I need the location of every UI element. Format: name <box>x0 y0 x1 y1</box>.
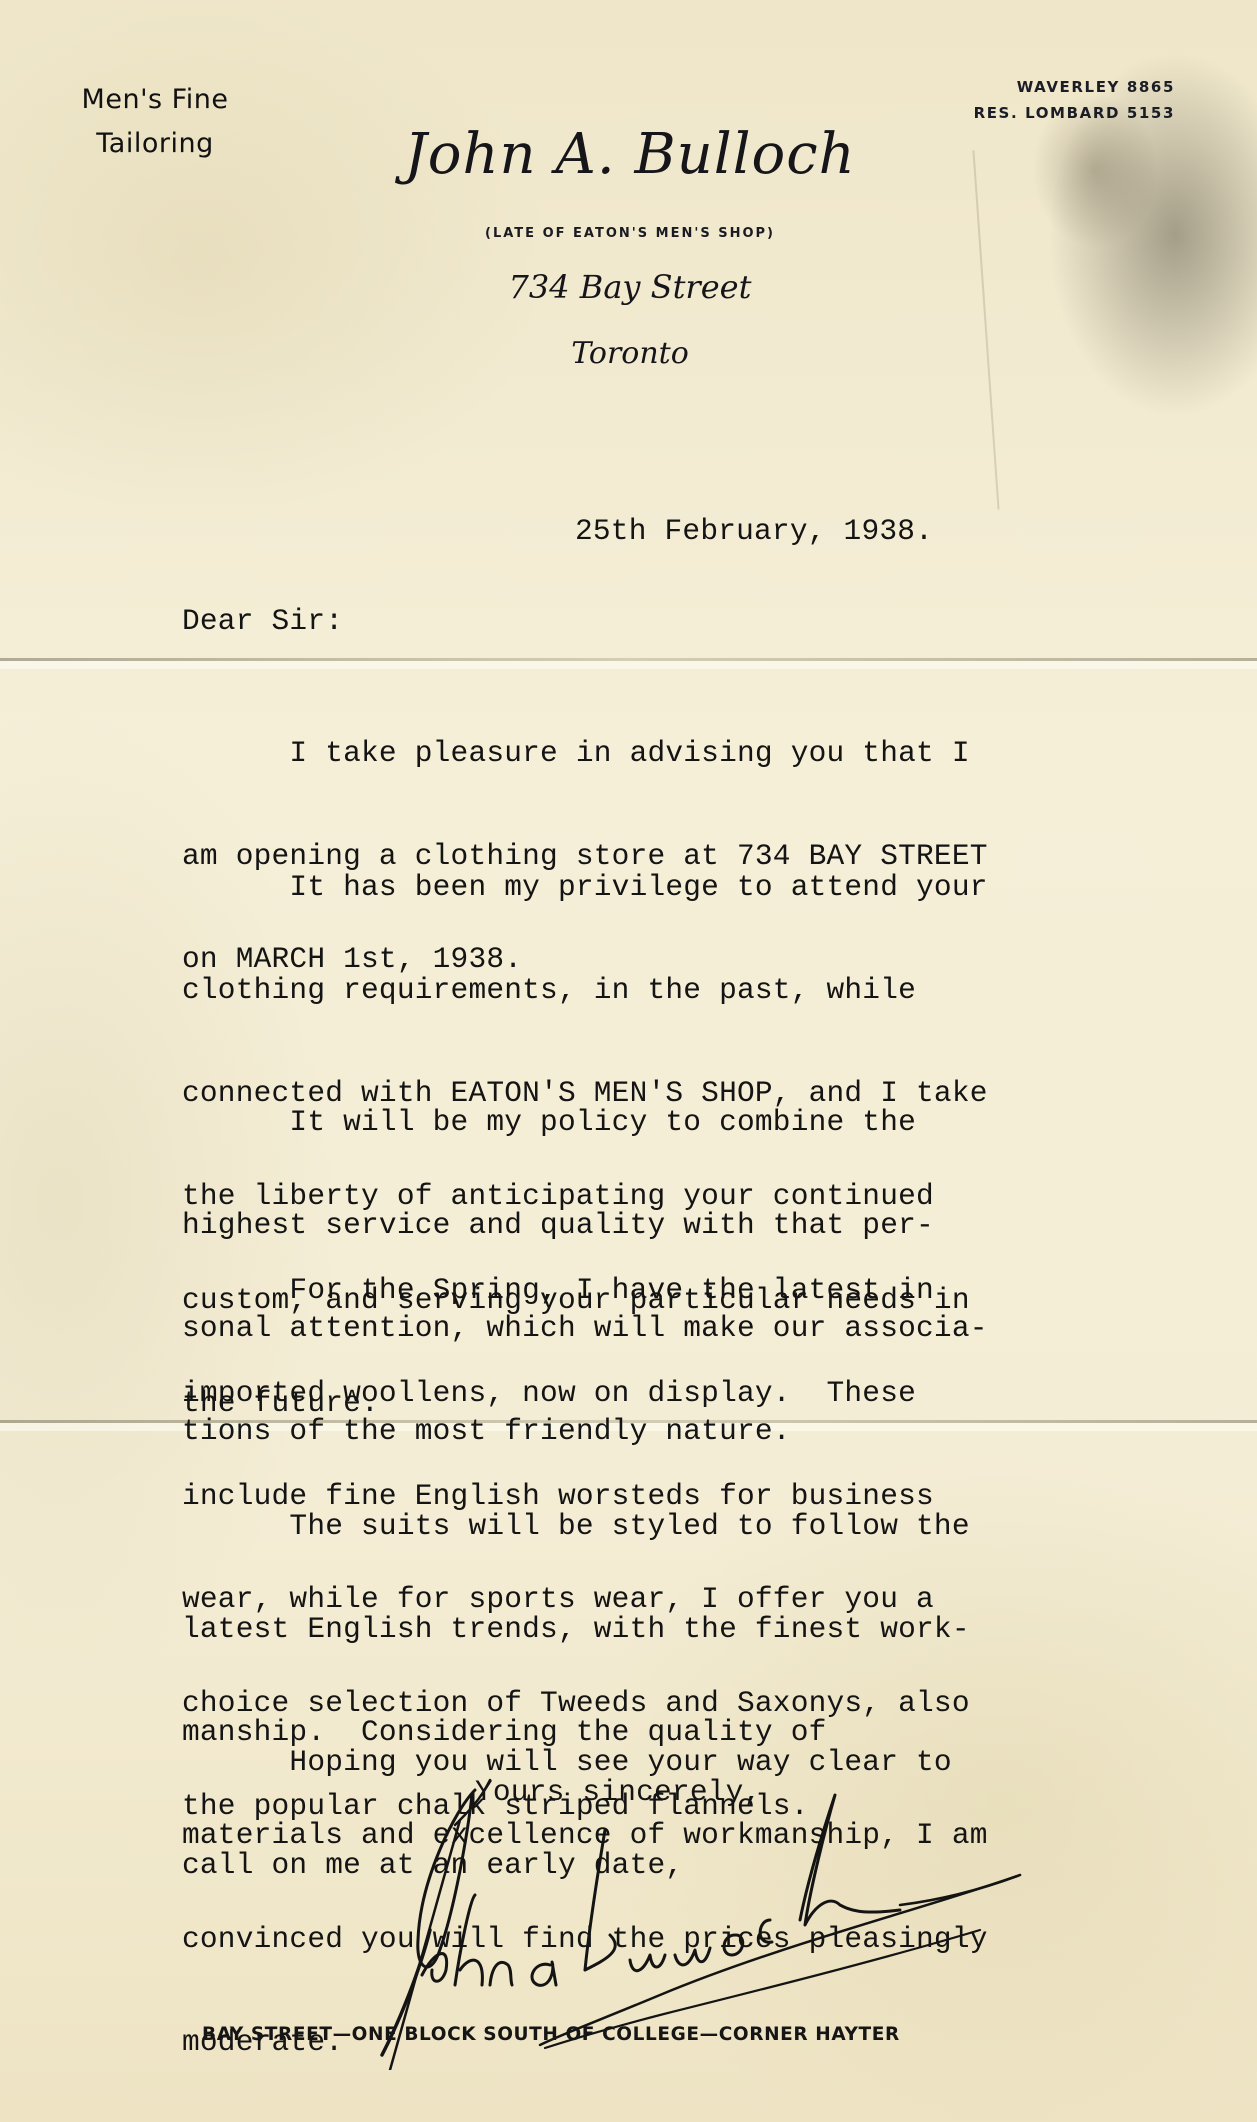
paragraph-line: call on me at an early date, <box>182 1848 1182 1882</box>
paragraph-line: It has been my privilege to attend your <box>182 870 1182 904</box>
paragraph-line: convinced you will find the prices pleas… <box>182 1922 1182 1956</box>
paper-fold-upper <box>0 658 1257 661</box>
letterhead-tagline: Men's Fine Tailoring <box>70 78 240 166</box>
paragraph-line: clothing requirements, in the past, whil… <box>182 973 1182 1007</box>
paragraph-line: latest English trends, with the finest w… <box>182 1612 1182 1646</box>
paper-crease <box>972 150 999 509</box>
paragraph-line: For the Spring, I have the latest in <box>182 1273 1182 1307</box>
tagline-line-1: Men's Fine <box>70 78 240 122</box>
letter-salutation: Dear Sir: <box>182 604 343 638</box>
letterhead-footer: BAY STREET—ONE BLOCK SOUTH OF COLLEGE—CO… <box>202 2024 900 2045</box>
letter-closing: Yours sincerely, <box>475 1775 761 1809</box>
paragraph-line: It will be my policy to combine the <box>182 1105 1182 1139</box>
paragraph-line: imported woollens, now on display. These <box>182 1376 1182 1410</box>
tagline-line-2: Tailoring <box>70 122 240 166</box>
letter-date: 25th February, 1938. <box>575 514 933 548</box>
letterhead-name: John A. Bulloch <box>380 122 880 187</box>
phone-business: WAVERLEY 8865 <box>974 74 1175 100</box>
paragraph-line: I take pleasure in advising you that I <box>182 736 1182 770</box>
paragraph-line: The suits will be styled to follow the <box>182 1509 1182 1543</box>
letterhead-street: 734 Bay Street <box>430 268 830 306</box>
letterhead-city: Toronto <box>480 336 780 371</box>
phone-residence: RES. LOMBARD 5153 <box>974 100 1175 126</box>
letterhead-subtitle: (LATE OF EATON'S MEN'S SHOP) <box>400 226 860 241</box>
letterhead-phones: WAVERLEY 8865 RES. LOMBARD 5153 <box>974 74 1175 126</box>
